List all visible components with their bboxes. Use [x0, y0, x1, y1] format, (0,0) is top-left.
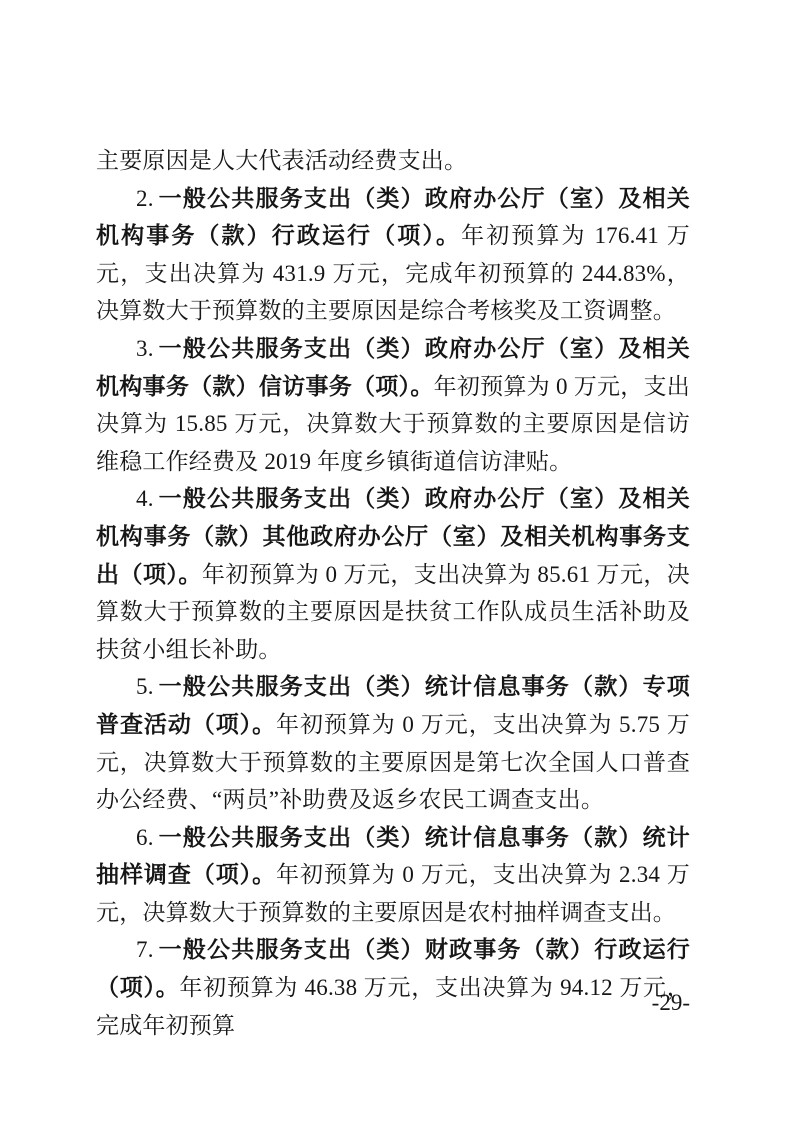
paragraph-number: 5. [136, 674, 154, 699]
paragraph: 主要原因是人大代表活动经费支出。 [96, 142, 690, 180]
document-page: 主要原因是人大代表活动经费支出。 2.一般公共服务支出（类）政府办公厅（室）及相… [0, 0, 793, 1122]
paragraph: 5.一般公共服务支出（类）统计信息事务（款）专项普查活动（项）。年初预算为 0 … [96, 668, 690, 818]
page-number: -29- [96, 988, 690, 1018]
paragraph-number: 3. [136, 336, 154, 361]
paragraph-number: 4. [136, 486, 154, 511]
paragraph: 2.一般公共服务支出（类）政府办公厅（室）及相关机构事务（款）行政运行（项）。年… [96, 180, 690, 330]
paragraph: 3.一般公共服务支出（类）政府办公厅（室）及相关机构事务（款）信访事务（项）。年… [96, 330, 690, 480]
paragraph-number: 6. [136, 825, 154, 850]
paragraph-number: 2. [136, 186, 154, 211]
paragraph-text: 主要原因是人大代表活动经费支出。 [96, 148, 467, 173]
document-body: 主要原因是人大代表活动经费支出。 2.一般公共服务支出（类）政府办公厅（室）及相… [96, 142, 690, 1044]
paragraph: 4.一般公共服务支出（类）政府办公厅（室）及相关机构事务（款）其他政府办公厅（室… [96, 480, 690, 668]
paragraph: 6.一般公共服务支出（类）统计信息事务（款）统计抽样调查（项）。年初预算为 0 … [96, 819, 690, 932]
paragraph-number: 7. [136, 937, 154, 962]
